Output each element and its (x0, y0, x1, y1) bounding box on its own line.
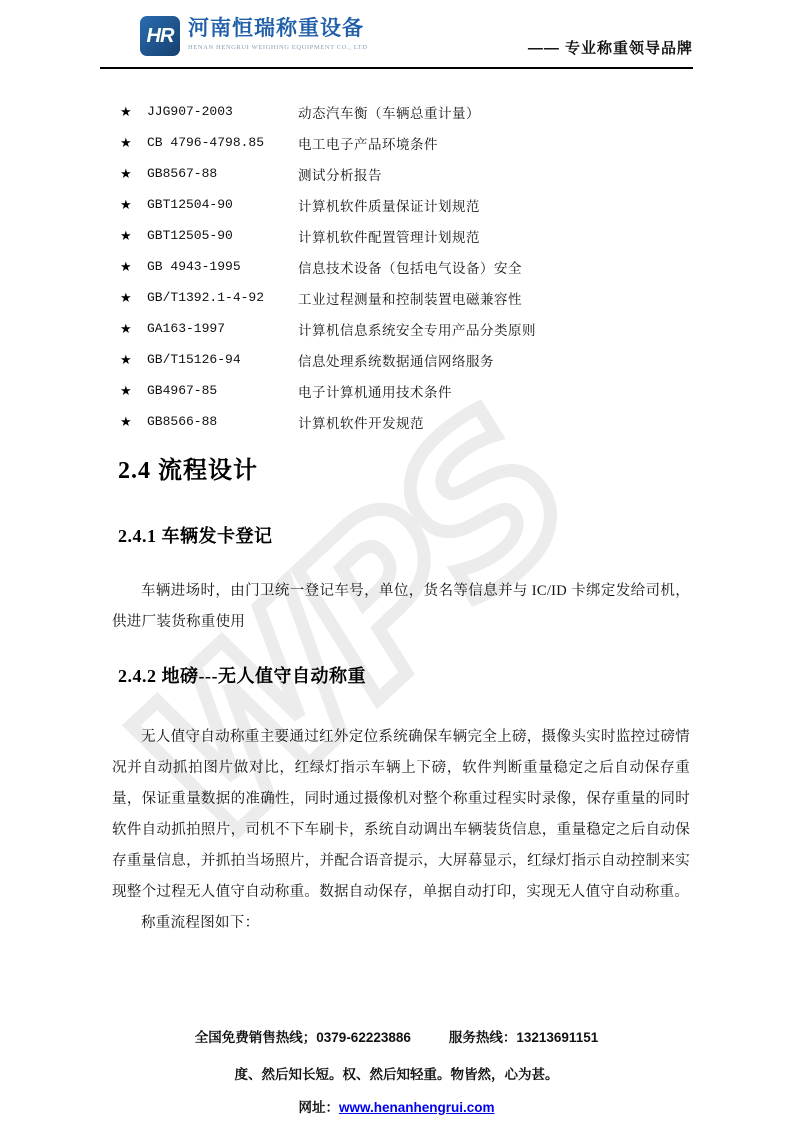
standard-desc: 信息处理系统数据通信网络服务 (298, 350, 494, 370)
paragraph-vehicle-card: 车辆进场时，由门卫统一登记车号，单位，货名等信息并与 IC/ID 卡绑定发给司机… (112, 576, 690, 638)
standard-item: ★ GBT12504-90 计算机软件质量保证计划规范 (120, 189, 693, 220)
standard-code: JJG907-2003 (147, 104, 298, 119)
standard-code: GB8566-88 (147, 414, 298, 429)
hr-logo-icon: HR (140, 16, 180, 56)
footer-website: 网址：www.henanhengrui.com (0, 1096, 793, 1116)
standard-desc: 动态汽车衡（车辆总重计量） (298, 102, 480, 122)
standard-item: ★ GB4967-85 电子计算机通用技术条件 (120, 375, 693, 406)
website-link[interactable]: www.henanhengrui.com (339, 1100, 495, 1115)
star-icon: ★ (120, 290, 147, 306)
star-icon: ★ (120, 414, 147, 430)
standard-desc: 计算机软件配置管理计划规范 (298, 226, 480, 246)
standard-code: GB8567-88 (147, 166, 298, 181)
star-icon: ★ (120, 135, 147, 151)
footer-motto: 度、然后知长短。权、然后知轻重。物皆然，心为甚。 (0, 1063, 793, 1083)
standard-desc: 测试分析报告 (298, 164, 382, 184)
star-icon: ★ (120, 259, 147, 275)
standard-item: ★ GB/T1392.1-4-92 工业过程测量和控制装置电磁兼容性 (120, 282, 693, 313)
standard-item: ★ GA163-1997 计算机信息系统安全专用产品分类原则 (120, 313, 693, 344)
standard-item: ★ GB8567-88 测试分析报告 (120, 158, 693, 189)
paragraph-unattended-weighing: 无人值守自动称重主要通过红外定位系统确保车辆完全上磅，摄像头实时监控过磅情况并自… (112, 722, 690, 908)
header-divider (100, 67, 693, 69)
paragraph-flowchart-intro: 称重流程图如下： (112, 908, 690, 939)
standard-code: GB 4943-1995 (147, 259, 298, 274)
star-icon: ★ (120, 197, 147, 213)
standard-code: CB 4796-4798.85 (147, 135, 298, 150)
company-logo: HR 河南恒瑞称重设备 HENAN HENGRUI WEIGHING EQUIP… (140, 16, 368, 56)
standard-desc: 计算机软件开发规范 (298, 412, 424, 432)
star-icon: ★ (120, 104, 147, 120)
standard-code: GBT12505-90 (147, 228, 298, 243)
footer-hotlines: 全国免费销售热线；0379-62223886服务热线：13213691151 (0, 1026, 793, 1046)
standard-item: ★ GB/T15126-94 信息处理系统数据通信网络服务 (120, 344, 693, 375)
standard-desc: 电子计算机通用技术条件 (298, 381, 452, 401)
standards-list: ★ JJG907-2003 动态汽车衡（车辆总重计量） ★ CB 4796-47… (120, 96, 693, 437)
standard-item: ★ CB 4796-4798.85 电工电子产品环境条件 (120, 127, 693, 158)
service-hotline: 服务热线：13213691151 (449, 1030, 598, 1045)
standard-item: ★ GB8566-88 计算机软件开发规范 (120, 406, 693, 437)
section-heading-2-4: 2.4 流程设计 (118, 450, 258, 485)
standard-code: GA163-1997 (147, 321, 298, 336)
standard-item: ★ GBT12505-90 计算机软件配置管理计划规范 (120, 220, 693, 251)
sales-hotline: 全国免费销售热线；0379-62223886 (195, 1030, 411, 1045)
standard-code: GB4967-85 (147, 383, 298, 398)
company-name-en: HENAN HENGRUI WEIGHING EQUIPMENT CO., LT… (188, 44, 368, 51)
star-icon: ★ (120, 352, 147, 368)
standard-item: ★ GB 4943-1995 信息技术设备（包括电气设备）安全 (120, 251, 693, 282)
website-label: 网址： (298, 1100, 339, 1115)
star-icon: ★ (120, 228, 147, 244)
star-icon: ★ (120, 166, 147, 182)
section-heading-2-4-1: 2.4.1 车辆发卡登记 (118, 522, 273, 548)
standard-desc: 工业过程测量和控制装置电磁兼容性 (298, 288, 522, 308)
company-name-cn: 河南恒瑞称重设备 (188, 16, 368, 42)
standard-desc: 计算机信息系统安全专用产品分类原则 (298, 319, 536, 339)
page-header: HR 河南恒瑞称重设备 HENAN HENGRUI WEIGHING EQUIP… (100, 14, 693, 64)
standard-code: GBT12504-90 (147, 197, 298, 212)
star-icon: ★ (120, 383, 147, 399)
page-footer: 全国免费销售热线；0379-62223886服务热线：13213691151 度… (0, 1026, 793, 1116)
standard-item: ★ JJG907-2003 动态汽车衡（车辆总重计量） (120, 96, 693, 127)
standard-code: GB/T1392.1-4-92 (147, 290, 298, 305)
brand-slogan: —— 专业称重领导品牌 (528, 37, 693, 58)
standard-code: GB/T15126-94 (147, 352, 298, 367)
star-icon: ★ (120, 321, 147, 337)
standard-desc: 计算机软件质量保证计划规范 (298, 195, 480, 215)
section-heading-2-4-2: 2.4.2 地磅---无人值守自动称重 (118, 662, 366, 688)
standard-desc: 信息技术设备（包括电气设备）安全 (298, 257, 522, 277)
standard-desc: 电工电子产品环境条件 (298, 133, 438, 153)
document-page: WPS HR 河南恒瑞称重设备 HENAN HENGRUI WEIGHING E… (0, 0, 793, 1122)
